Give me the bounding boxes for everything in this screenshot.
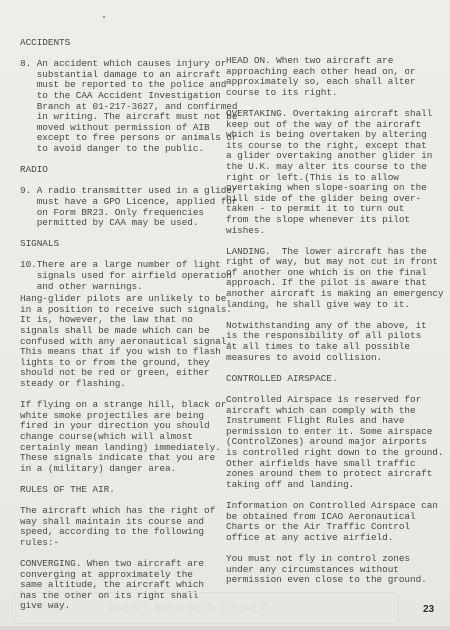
right-column: HEAD ON. When two aircraft are approachi… (226, 56, 436, 596)
rules-intro: The aircraft which has the right of way … (20, 506, 220, 548)
heading-accidents: ACCIDENTS (20, 38, 220, 49)
heading-radio: RADIO (20, 165, 220, 176)
item-9-radio: 9. A radio transmitter used in a glider … (20, 186, 220, 228)
rule-head-on: HEAD ON. When two aircraft are approachi… (226, 56, 436, 98)
document-page: ACCIDENTS 8. An accident which causes in… (0, 0, 450, 630)
left-column: ACCIDENTS 8. An accident which causes in… (20, 38, 220, 623)
page-number: 23 (423, 604, 434, 615)
item-8-accidents: 8. An accident which causes injury or su… (20, 59, 220, 154)
paper-speck (103, 16, 105, 18)
bleed-through-text: WEST MERSEA ESSEX (108, 600, 268, 615)
rule-landing: LANDING. The lower aircraft has the righ… (226, 247, 436, 311)
controlled-airspace-paragraph-2: Information on Controlled Airspace can b… (226, 501, 436, 543)
rule-notwithstanding: Notwithstanding any of the above, it is … (226, 321, 436, 363)
heading-signals: SIGNALS (20, 239, 220, 250)
heading-rules-of-the-air: RULES OF THE AIR. (20, 485, 220, 496)
signals-paragraph-2: If flying on a strange hill, black or wh… (20, 400, 220, 474)
rule-overtaking: OVERTAKING. Overtaking aircraft shall ke… (226, 109, 436, 236)
item-10-signals: 10.There are a large number of light sig… (20, 260, 220, 292)
signals-paragraph-1: Hang-glider pilots are unlikely to be in… (20, 294, 220, 389)
page-bottom-edge (0, 626, 450, 630)
heading-controlled-airspace: CONTROLLED AIRSPACE. (226, 374, 436, 385)
controlled-airspace-paragraph-3: You must not fly in control zones under … (226, 554, 436, 586)
controlled-airspace-paragraph-1: Controlled Airspace is reserved for airc… (226, 395, 436, 490)
